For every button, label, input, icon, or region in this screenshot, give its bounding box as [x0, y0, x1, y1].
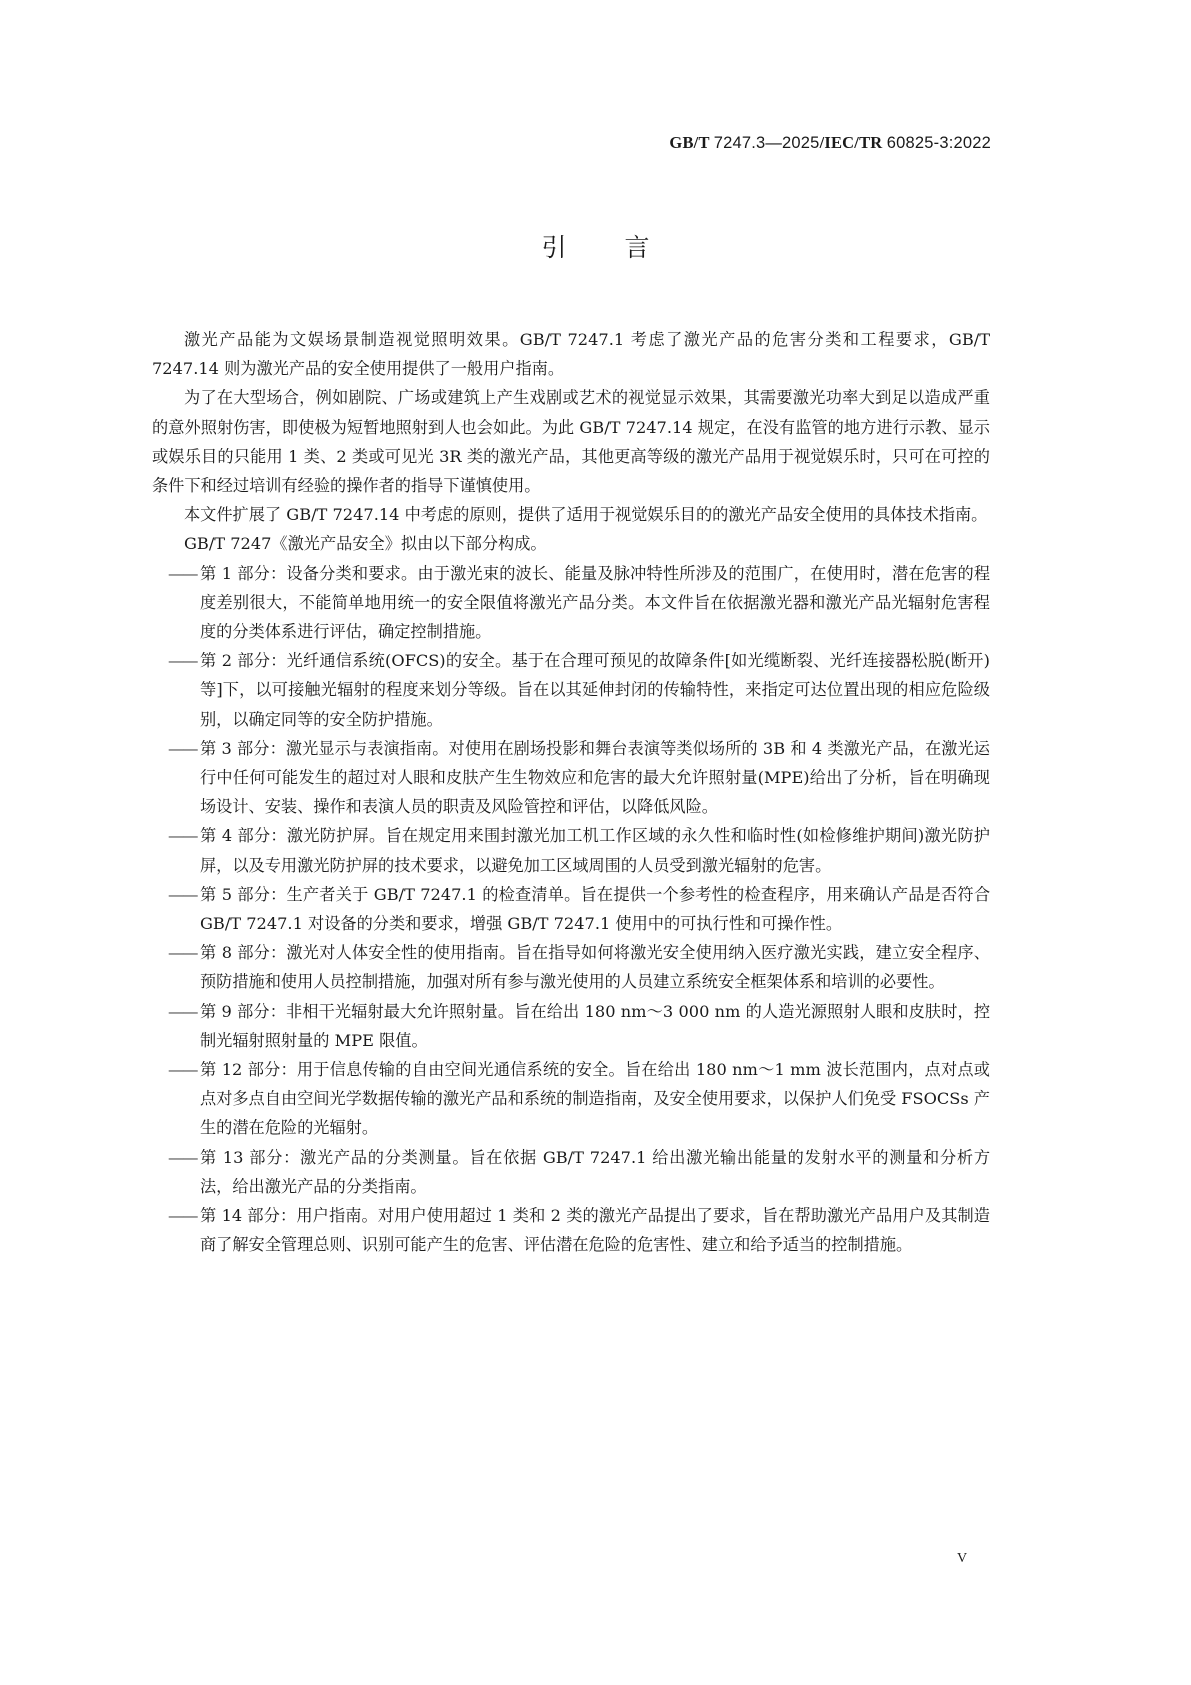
part-label: 第 14 部分：用户指南。 [200, 1206, 378, 1225]
iec-prefix: IEC/TR [824, 133, 882, 152]
list-item: ——第 9 部分：非相干光辐射最大允许照射量。旨在给出 180 nm～3 000… [152, 997, 990, 1055]
list-item: ——第 12 部分：用于信息传输的自由空间光通信系统的安全。旨在给出 180 n… [152, 1055, 990, 1143]
standard-prefix: GB/T [669, 133, 709, 152]
paragraph: GB/T 7247《激光产品安全》拟由以下部分构成。 [152, 529, 990, 558]
part-label: 第 13 部分：激光产品的分类测量。 [200, 1148, 469, 1167]
part-label: 第 1 部分：设备分类和要求。 [200, 564, 417, 583]
list-item: ——第 5 部分：生产者关于 GB/T 7247.1 的检查清单。旨在提供一个参… [152, 880, 990, 938]
dash-marker: —— [168, 821, 200, 850]
list-item: ——第 8 部分：激光对人体安全性的使用指南。旨在指导如何将激光安全使用纳入医疗… [152, 938, 990, 996]
part-label: 第 5 部分：生产者关于 GB/T 7247.1 的检查清单。 [200, 885, 581, 904]
dash-marker: —— [168, 559, 200, 588]
dash-marker: —— [168, 1201, 200, 1230]
paragraph: 本文件扩展了 GB/T 7247.14 中考虑的原则，提供了适用于视觉娱乐目的的… [152, 500, 990, 529]
standard-number: 7247.3—2025 [714, 134, 820, 152]
part-label: 第 12 部分：用于信息传输的自由空间光通信系统的安全。 [200, 1060, 625, 1079]
paragraph: 激光产品能为文娱场景制造视觉照明效果。GB/T 7247.1 考虑了激光产品的危… [152, 325, 990, 383]
part-label: 第 2 部分：光纤通信系统(OFCS)的安全。 [200, 651, 511, 670]
list-item: ——第 2 部分：光纤通信系统(OFCS)的安全。基于在合理可预见的故障条件[如… [152, 646, 990, 734]
part-label: 第 8 部分：激光对人体安全性的使用指南。 [200, 943, 516, 962]
standard-header: GB/T 7247.3—2025/IEC/TR 60825-3:2022 [669, 133, 991, 153]
iec-number: 60825-3:2022 [887, 134, 991, 152]
dash-marker: —— [168, 880, 200, 909]
dash-marker: —— [168, 734, 200, 763]
dash-marker: —— [168, 646, 200, 675]
list-item: ——第 14 部分：用户指南。对用户使用超过 1 类和 2 类的激光产品提出了要… [152, 1201, 990, 1259]
part-label: 第 3 部分：激光显示与表演指南。 [200, 739, 449, 758]
list-item: ——第 4 部分：激光防护屏。旨在规定用来围封激光加工机工作区域的永久性和临时性… [152, 821, 990, 879]
page-title: 引言 [0, 228, 1191, 264]
document-body: 激光产品能为文娱场景制造视觉照明效果。GB/T 7247.1 考虑了激光产品的危… [152, 325, 990, 1260]
list-item: ——第 1 部分：设备分类和要求。由于激光束的波长、能量及脉冲特性所涉及的范围广… [152, 559, 990, 647]
paragraph: 为了在大型场合，例如剧院、广场或建筑上产生戏剧或艺术的视觉显示效果，其需要激光功… [152, 383, 990, 500]
part-label: 第 4 部分：激光防护屏。 [200, 826, 385, 845]
page-number: V [957, 1551, 967, 1567]
dash-marker: —— [168, 997, 200, 1026]
part-label: 第 9 部分：非相干光辐射最大允许照射量。 [200, 1002, 514, 1021]
list-item: ——第 3 部分：激光显示与表演指南。对使用在剧场投影和舞台表演等类似场所的 3… [152, 734, 990, 822]
list-item: ——第 13 部分：激光产品的分类测量。旨在依据 GB/T 7247.1 给出激… [152, 1143, 990, 1201]
dash-marker: —— [168, 1055, 200, 1084]
dash-marker: —— [168, 938, 200, 967]
dash-marker: —— [168, 1143, 200, 1172]
